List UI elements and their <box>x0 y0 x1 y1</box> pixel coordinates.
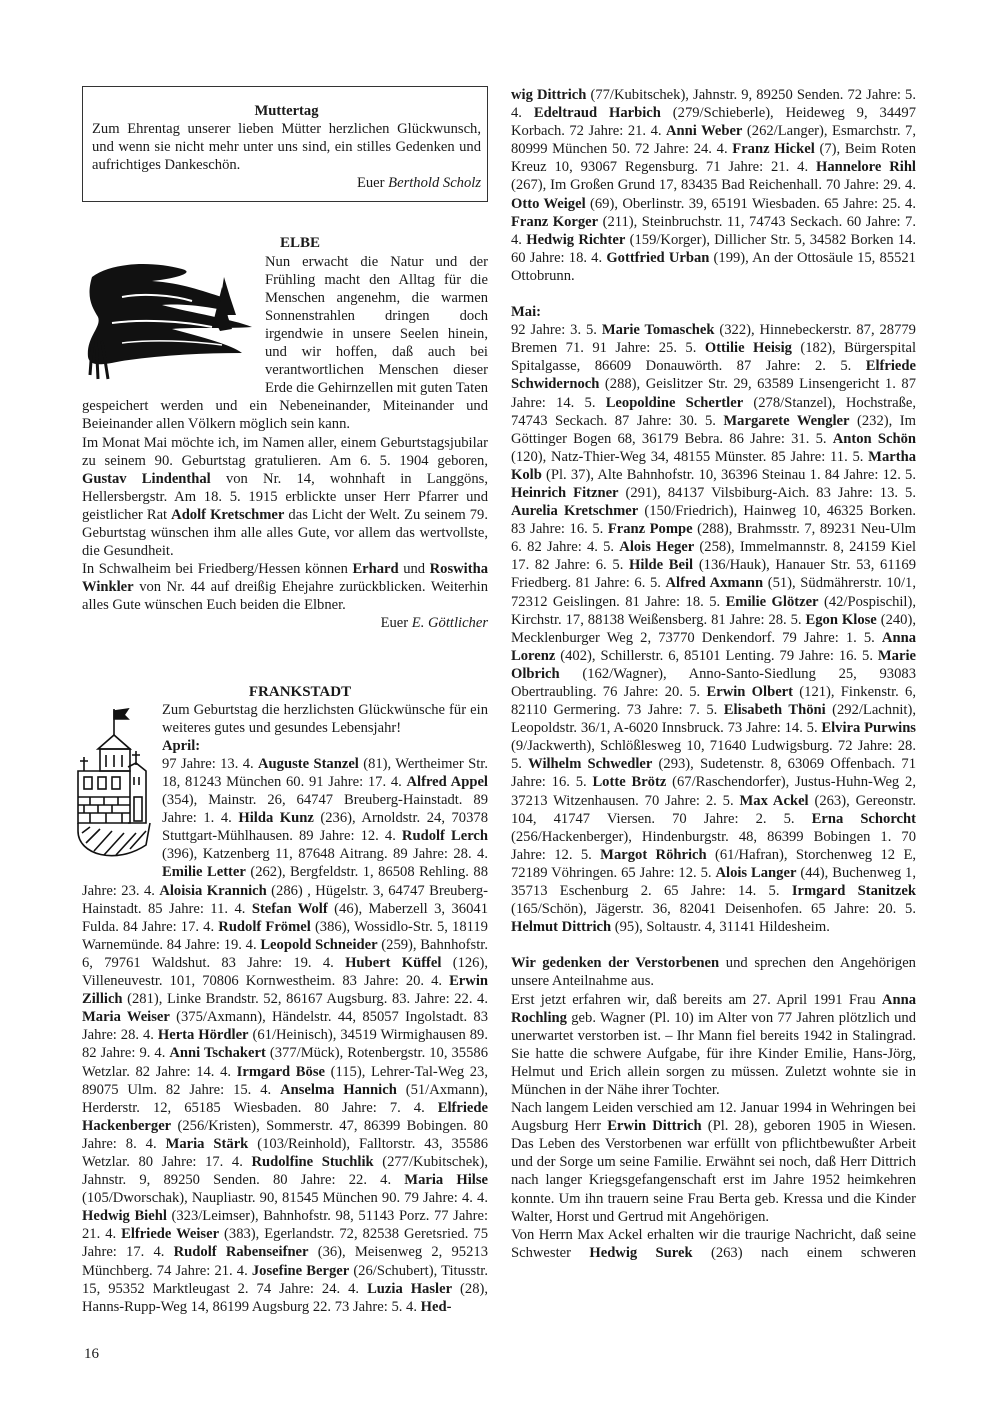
person-name: Margarete Wengler <box>723 413 849 429</box>
person-name: Elvira Purwins <box>821 720 916 736</box>
person-name: Erhard <box>352 561 398 577</box>
person-name: Hedwig Biehl <box>82 1208 167 1224</box>
person-name: Max Ackel <box>740 793 809 809</box>
person-name: Anselma Hannich <box>280 1082 397 1098</box>
person-name: Wilhelm Schwedler <box>528 756 652 772</box>
elbe-paragraph-3: In Schwalheim bei Friedberg/Hessen könne… <box>82 560 488 614</box>
person-name: Auguste Stanzel <box>258 756 359 772</box>
obituary-intro: Wir gedenken der Verstorbenen und sprech… <box>511 954 916 990</box>
signature-name: Berthold Scholz <box>388 175 481 191</box>
elbe-signature: Euer E. Göttlicher <box>82 614 488 632</box>
person-name: Franz Korger <box>511 214 598 230</box>
person-name: Aloisia Krannich <box>159 883 266 899</box>
person-name: Hedwig Surek <box>589 1245 692 1261</box>
person-name: Rudolfine Stuchlik <box>251 1154 373 1170</box>
castle-coat-of-arms-icon <box>76 705 156 867</box>
person-name: Egon Klose <box>806 612 877 628</box>
person-name: Hilda Kunz <box>238 810 313 826</box>
person-name: Alfred Axmann <box>666 575 764 591</box>
muttertag-title: Muttertag <box>92 102 481 120</box>
person-name: wig Dittrich <box>511 87 586 103</box>
person-name: Leopold Schneider <box>260 937 377 953</box>
person-name: Alois Langer <box>715 865 796 881</box>
person-name: Franz Pompe <box>608 521 693 537</box>
person-name: Anton Schön <box>833 431 916 447</box>
signature-prefix: Euer <box>357 175 388 191</box>
obituaries-section: Wir gedenken der Verstorbenen und sprech… <box>511 954 916 1262</box>
elbe-paragraph-2: Im Monat Mai möchte ich, im Namen aller,… <box>82 434 488 561</box>
person-name: Erwin Olbert <box>706 684 793 700</box>
person-name: Irmgard Böse <box>237 1064 325 1080</box>
person-name: Ottilie Heisig <box>705 340 792 356</box>
page-number: 16 <box>84 1346 99 1363</box>
person-name: Franz Hickel <box>732 141 815 157</box>
mai-heading: Mai: <box>511 303 916 321</box>
person-name: Maria Weiser <box>82 1009 170 1025</box>
person-name: Wir gedenken der Verstorbenen <box>511 955 719 971</box>
obituary-erwin-dittrich: Nach langem Leiden verschied am 12. Janu… <box>511 1099 916 1226</box>
right-column: wig Dittrich (77/Kubitschek), Jahnstr. 9… <box>511 86 916 1262</box>
muttertag-signature: Euer Berthold Scholz <box>92 174 481 192</box>
person-name: Stefan Wolf <box>252 901 328 917</box>
frankstadt-section: FRANKSTADT Zum Geburtstag die herzlichst… <box>82 683 488 1316</box>
person-name: Edeltraud Harbich <box>534 105 661 121</box>
muttertag-body: Zum Ehrentag unserer lieben Mütter herzl… <box>92 120 481 174</box>
person-name: Rudolf Rabenseifner <box>174 1244 309 1260</box>
person-name: Anni Weber <box>666 123 742 139</box>
person-name: Josefine Berger <box>252 1263 349 1279</box>
person-name: Maria Stärk <box>166 1136 249 1152</box>
obituary-hedwig-surek: Von Herrn Max Ackel erhalten wir die tra… <box>511 1226 916 1262</box>
elbe-section: ELBE Nun erwacht die Natur und der Frühl… <box>82 234 488 632</box>
person-name: Lotte Brötz <box>592 774 666 790</box>
person-name: Gottfried Urban <box>606 250 709 266</box>
person-name: Emilie Glötzer <box>726 594 819 610</box>
person-name: Alois Heger <box>619 539 694 555</box>
person-name: Margot Röhrich <box>600 847 706 863</box>
person-name: Rudolf Lerch <box>402 828 488 844</box>
person-name: Adolf Kretschmer <box>171 507 284 523</box>
person-name: Marie Tomaschek <box>602 322 715 338</box>
landscape-illustration-icon <box>82 257 259 383</box>
person-name: Hannelore Rihl <box>816 159 916 175</box>
person-name: Erna Schorcht <box>812 811 916 827</box>
person-name: Aurelia Kretschmer <box>511 503 638 519</box>
person-name: Maria Hilse <box>404 1172 488 1188</box>
person-name: Helmut Dittrich <box>511 919 611 935</box>
person-name: Emilie Letter <box>162 864 246 880</box>
muttertag-box: Muttertag Zum Ehrentag unserer lieben Mü… <box>82 86 488 202</box>
signature-prefix: Euer <box>381 615 412 631</box>
person-name: Herta Hördler <box>158 1027 249 1043</box>
person-name: Leopoldine Schertler <box>606 395 744 411</box>
signature-name: E. Göttlicher <box>412 615 488 631</box>
person-name: Elisabeth Thöni <box>724 702 826 718</box>
person-name: Gustav Lindenthal <box>82 471 211 487</box>
obituary-anna-rochling: Erst jetzt erfahren wir, daß bereits am … <box>511 991 916 1100</box>
person-name: Hedwig Richter <box>526 232 625 248</box>
person-name: Otto Weigel <box>511 196 586 212</box>
person-name: Rudolf Frömel <box>218 919 311 935</box>
person-name: Erwin Dittrich <box>607 1118 701 1134</box>
left-column: Muttertag Zum Ehrentag unserer lieben Mü… <box>82 86 488 1316</box>
person-name: Heinrich Fitzner <box>511 485 619 501</box>
elbe-title: ELBE <box>112 234 488 252</box>
april-birthday-list-continued: wig Dittrich (77/Kubitschek), Jahnstr. 9… <box>511 86 916 285</box>
mai-birthday-list: 92 Jahre: 3. 5. Marie Tomaschek (322), H… <box>511 321 916 936</box>
person-name: Irmgard Stanitzek <box>792 883 916 899</box>
frankstadt-title: FRANKSTADT <box>112 683 488 701</box>
person-name: Hubert Küffel <box>345 955 441 971</box>
person-name: Alfred Appel <box>407 774 488 790</box>
person-name: Hed- <box>421 1299 452 1315</box>
person-name: Hilde Beil <box>629 557 693 573</box>
person-name: Elfriede Weiser <box>121 1226 219 1242</box>
person-name: Anni Tschakert <box>169 1045 265 1061</box>
person-name: Luzia Hasler <box>367 1281 452 1297</box>
